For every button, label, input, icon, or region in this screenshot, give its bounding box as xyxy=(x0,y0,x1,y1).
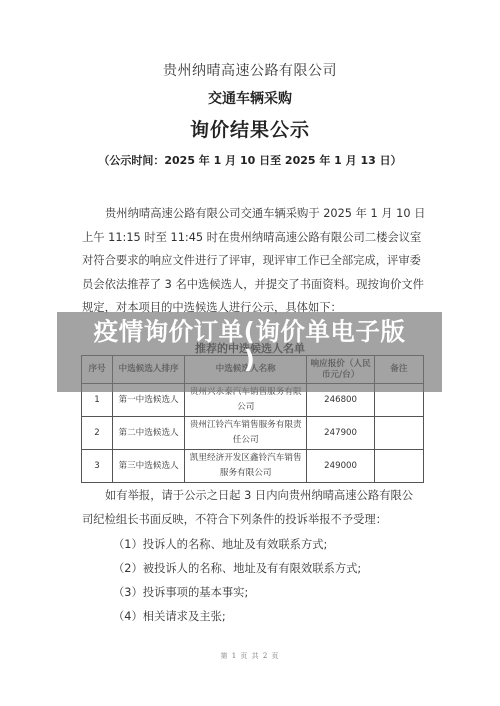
intro-line: 对符合要求的响应文件进行了评审，现评审工作已全部完成，评审委 xyxy=(82,249,432,273)
cell-name: 贵州江铃汽车销售服务有限责任公司 xyxy=(185,417,307,450)
overlay-title-line: ) xyxy=(57,346,442,374)
complaint-item: （3）投诉事项的基本事实; xyxy=(113,584,248,600)
complaint-item: （1）投诉人的名称、地址及有效联系方式; xyxy=(113,536,327,552)
cell-note xyxy=(374,417,423,450)
document-title: 询价结果公示 xyxy=(0,115,500,142)
cell-no: 2 xyxy=(82,417,113,450)
intro-line: 贵州纳晴高速公路有限公司交通车辆采购于 2025 年 1 月 10 日 xyxy=(82,202,432,226)
cell-price: 247900 xyxy=(307,417,374,450)
publicity-period: （公示时间：2025 年 1 月 10 日至 2025 年 1 月 13 日） xyxy=(0,152,500,168)
cell-rank: 第三中选候选人 xyxy=(113,450,185,483)
overlay-title: 疫情询价订单(询价单电子版 ) xyxy=(57,318,442,374)
complaint-line: 司纪检组长书面反映，不符合下列条件的投诉举报不予受理： xyxy=(82,508,432,532)
complaint-item: （4）相关请求及主张; xyxy=(113,608,226,624)
cell-no: 3 xyxy=(82,450,113,483)
cell-rank: 第二中选候选人 xyxy=(113,417,185,450)
intro-paragraph: 贵州纳晴高速公路有限公司交通车辆采购于 2025 年 1 月 10 日 上午 1… xyxy=(82,202,432,320)
intro-line: 上午 11:15 时至 11:45 时在贵州纳晴高速公路有限公司二楼会议室 xyxy=(82,226,432,250)
company-name: 贵州纳晴高速公路有限公司 xyxy=(0,60,500,80)
complaint-item: （2）被投诉人的名称、地址及有有限效联系方式; xyxy=(113,560,361,576)
complaint-line: 如有举报，请于公示之日起 3 日内向贵州纳晴高速公路有限公 xyxy=(82,484,432,508)
complaint-paragraph: 如有举报，请于公示之日起 3 日内向贵州纳晴高速公路有限公 司纪检组长书面反映，… xyxy=(82,484,432,531)
cell-name: 凯里经济开发区鑫铃汽车销售服务有限公司 xyxy=(185,450,307,483)
cell-note xyxy=(374,450,423,483)
table-row: 2 第二中选候选人 贵州江铃汽车销售服务有限责任公司 247900 xyxy=(82,417,424,450)
table-row: 3 第三中选候选人 凯里经济开发区鑫铃汽车销售服务有限公司 249000 xyxy=(82,450,424,483)
page-indicator: 第 1 页 共 2 页 xyxy=(0,651,500,661)
cell-price: 249000 xyxy=(307,450,374,483)
overlay-title-line: 疫情询价订单(询价单电子版 xyxy=(57,318,442,346)
intro-line: 员会依法推荐了 3 名中选候选人，并提交了书面资料。现按询价文件 xyxy=(82,273,432,297)
project-name: 交通车辆采购 xyxy=(0,88,500,108)
